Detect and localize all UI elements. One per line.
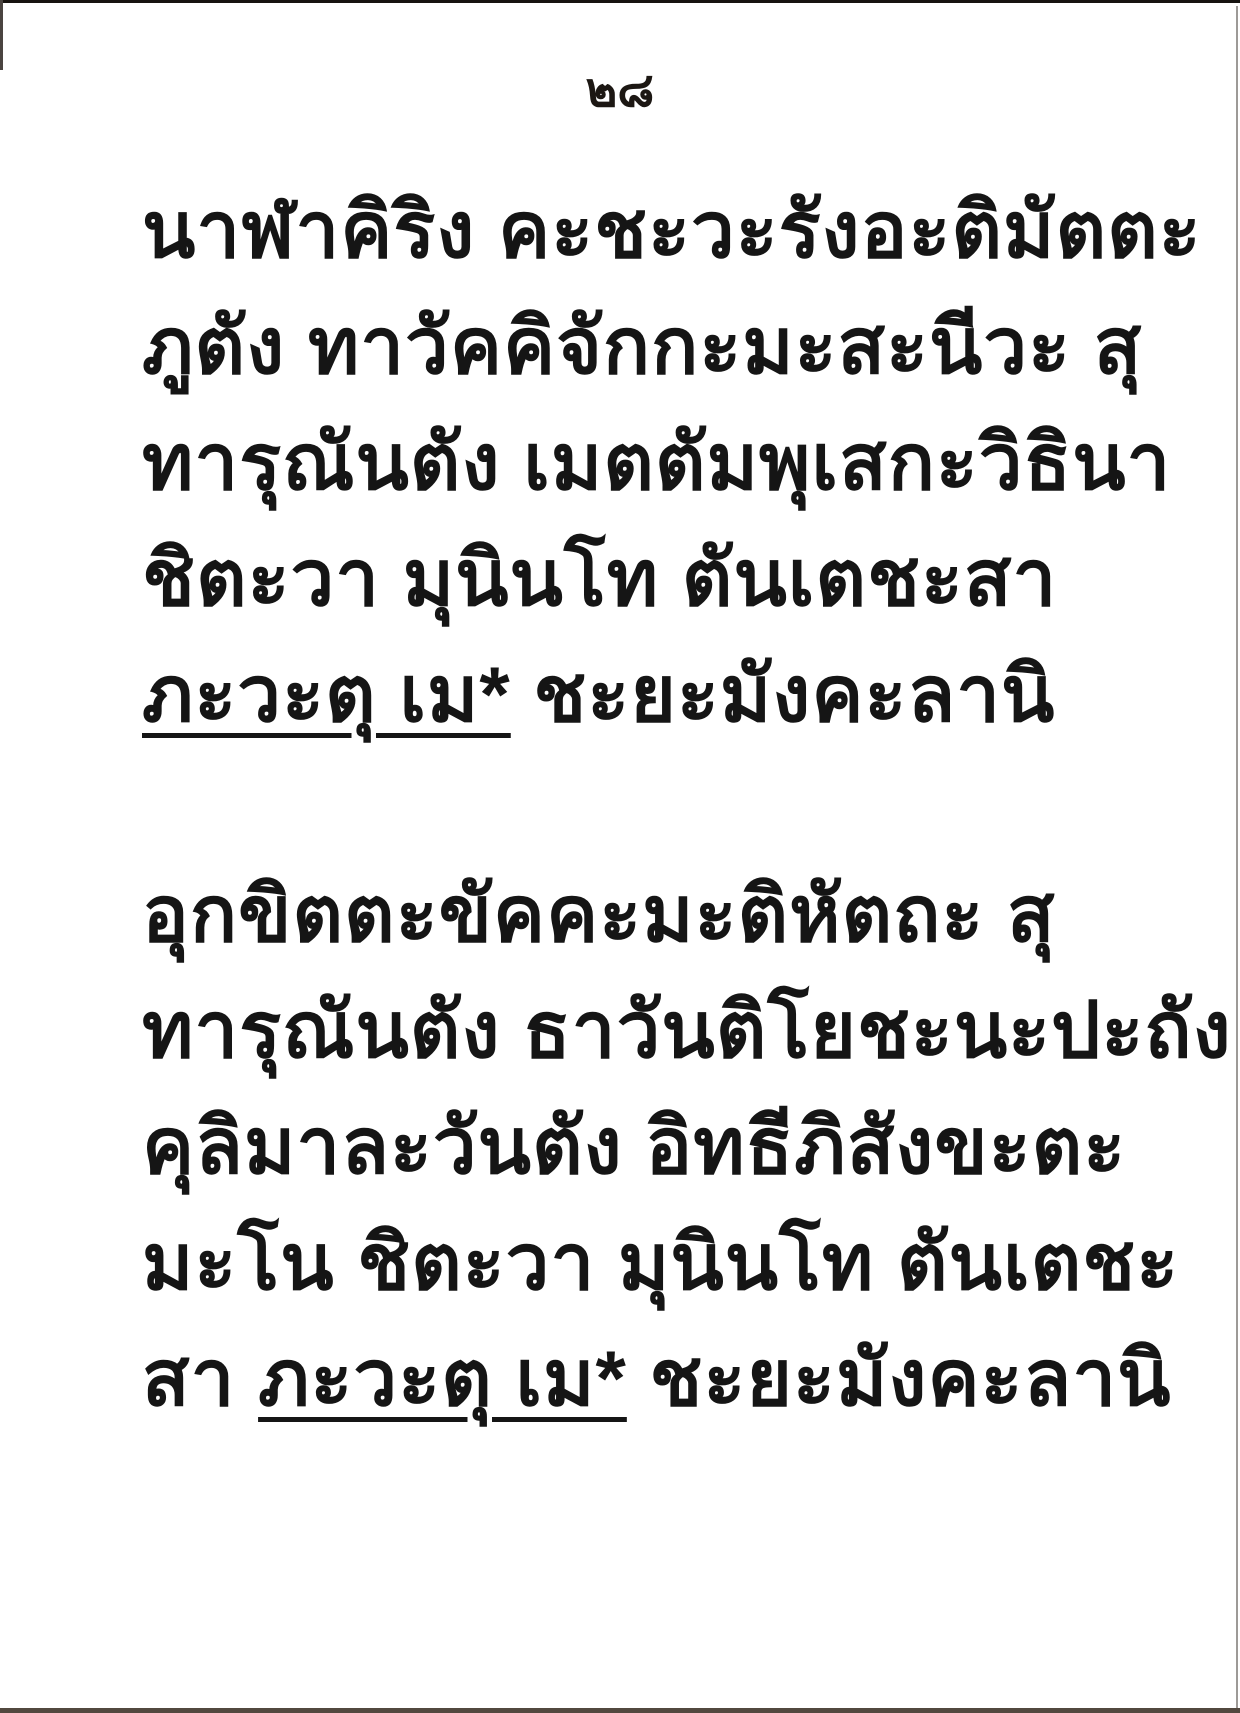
underlined-phrase: ภะวะตุ เม*: [142, 650, 511, 738]
stanza-1: นาฬาคิริง คะชะวะรังอะติมัตตะ ภูตัง ทาวัค…: [142, 172, 1170, 752]
verse-line: อุกขิตตะขัคคะมะติหัตถะ สุ: [142, 856, 1170, 972]
page-number: ๒๘: [0, 52, 1240, 128]
stanza-2: อุกขิตตะขัคคะมะติหัตถะ สุ ทารุณันตัง ธาว…: [142, 856, 1170, 1436]
document-page: ๒๘ นาฬาคิริง คะชะวะรังอะติมัตตะ ภูตัง ทา…: [0, 0, 1240, 1713]
verse-line-prefix: สา: [142, 1334, 258, 1422]
verse-line: คุลิมาละวันตัง อิทธีภิสังขะตะ: [142, 1088, 1170, 1204]
scan-artifact-right-edge: [1236, 6, 1238, 1711]
verse-line: นาฬาคิริง คะชะวะรังอะติมัตตะ: [142, 172, 1170, 288]
verse-line: มะโน ชิตะวา มุนินโท ตันเตชะ: [142, 1204, 1170, 1320]
verse-line-with-underline: ภะวะตุ เม* ชะยะมังคะลานิ: [142, 636, 1170, 752]
verse-line-with-underline: สา ภะวะตุ เม* ชะยะมังคะลานิ: [142, 1320, 1170, 1436]
scan-artifact-bottom-edge: [0, 1708, 1240, 1713]
scan-artifact-top-edge: [0, 0, 1240, 3]
verse-line-suffix: ชะยะมังคะลานิ: [511, 650, 1056, 738]
underlined-phrase: ภะวะตุ เม*: [258, 1334, 627, 1422]
verse-line: ทารุณันตัง เมตตัมพุเสกะวิธินา: [142, 404, 1170, 520]
verse-line: ชิตะวา มุนินโท ตันเตชะสา: [142, 520, 1170, 636]
verse-line: ทารุณันตัง ธาวันติโยชะนะปะถัง: [142, 972, 1170, 1088]
verse-line-suffix: ชะยะมังคะลานิ: [627, 1334, 1172, 1422]
verse-line: ภูตัง ทาวัคคิจักกะมะสะนีวะ สุ: [142, 288, 1170, 404]
